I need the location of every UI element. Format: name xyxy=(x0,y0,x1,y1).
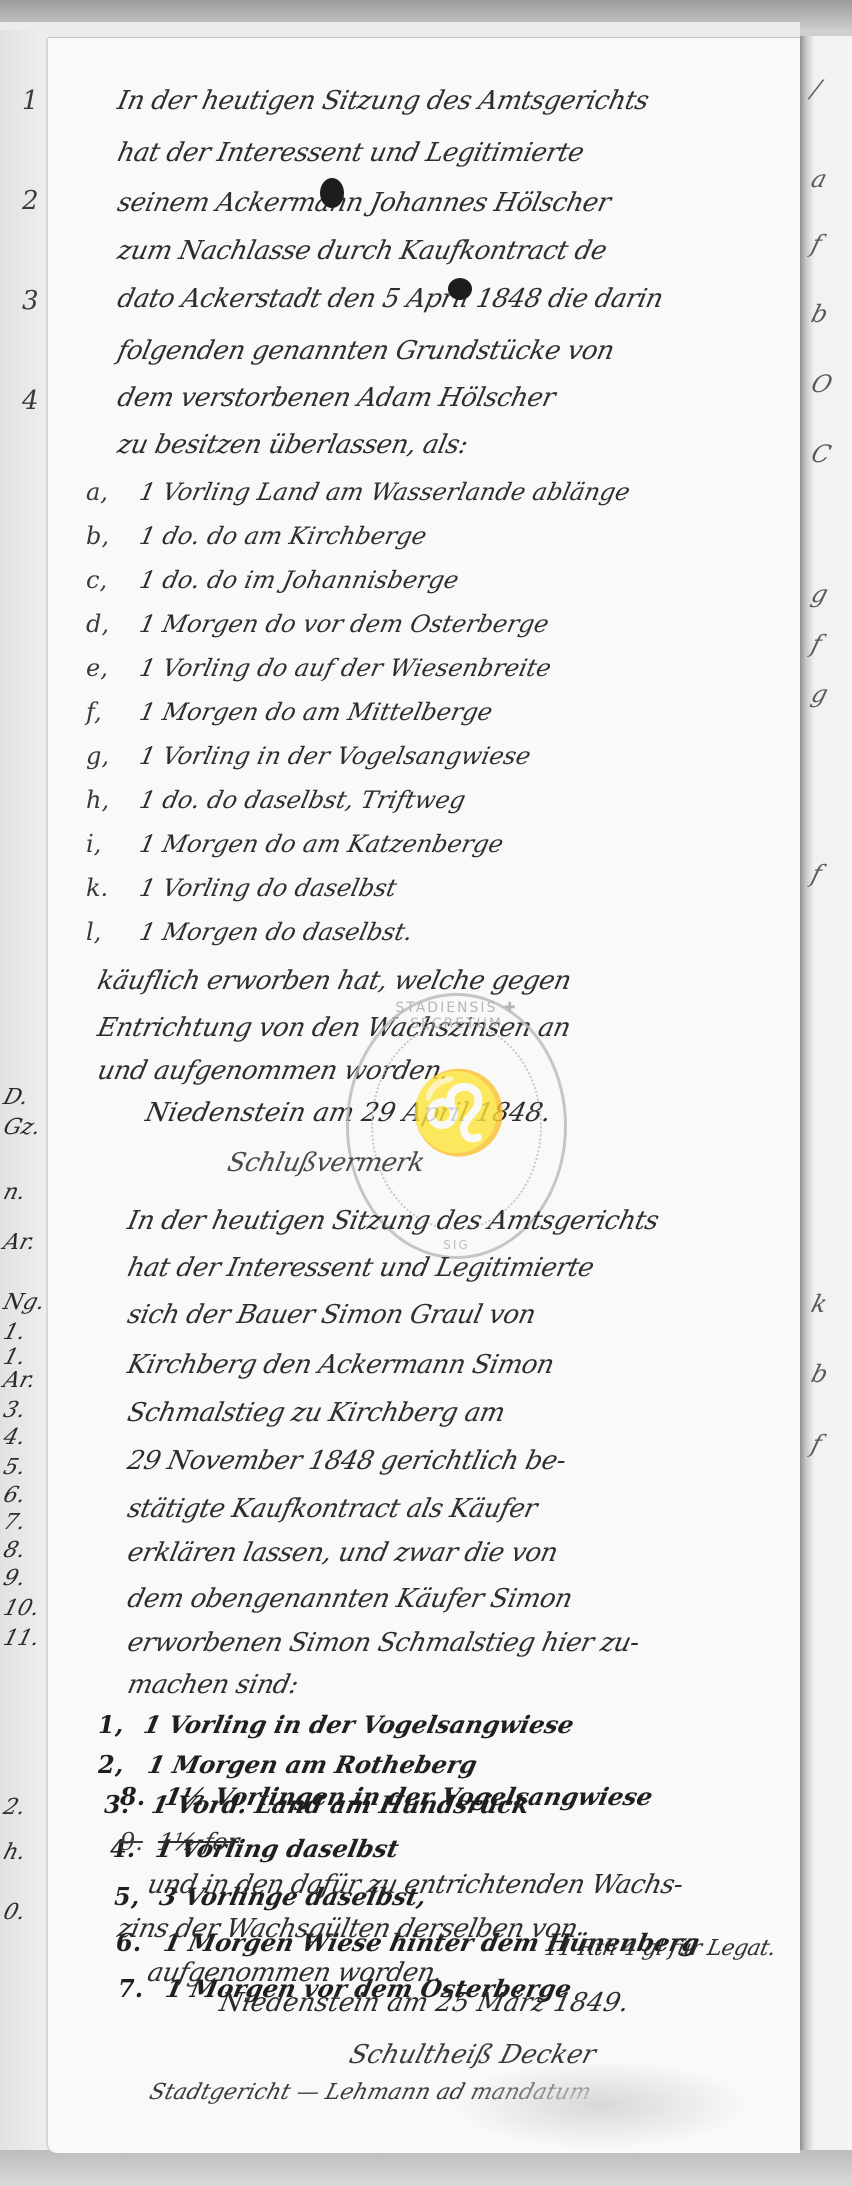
item-number: 1, xyxy=(98,1710,123,1739)
facing-page-edge xyxy=(800,36,852,2176)
text-line: zu besitzen überlassen, als: xyxy=(115,430,471,460)
parcel-item-struck: 1½ for xyxy=(155,1828,242,1856)
text-line: In der heutigen Sitzung des Amtsgerichts xyxy=(115,86,651,116)
text-line: aufgenommen worden. xyxy=(145,1958,445,1988)
text-line: machen sind: xyxy=(125,1670,301,1700)
parcel-item: 1 Morgen do daselbst. xyxy=(137,918,415,946)
seal-legend-bottom: SIG xyxy=(349,1238,564,1252)
item-letter: l, xyxy=(86,918,101,946)
text-line: dato Ackerstadt den 5 April 1848 die dar… xyxy=(115,284,666,314)
text-line: Kirchberg den Ackermann Simon xyxy=(125,1350,557,1380)
item-number: 7. xyxy=(118,1974,143,2003)
parcel-item: 1 do. do am Kirchberge xyxy=(137,522,429,550)
item-number: 8. xyxy=(120,1782,145,1811)
text-line: erworbenen Simon Schmalstieg hier zu- xyxy=(125,1628,642,1658)
margin-number: 1 xyxy=(22,86,39,116)
scanner-bottom-shadow xyxy=(0,2150,852,2186)
parcel-item: 1 Morgen do am Katzenberge xyxy=(137,830,506,858)
margin-note: Ng. xyxy=(1,1290,48,1315)
item-letter: a, xyxy=(86,478,108,506)
item-number: 5, xyxy=(114,1882,139,1911)
text-line: sich der Bauer Simon Graul von xyxy=(125,1300,538,1330)
item-letter: c, xyxy=(86,566,107,594)
text-line: 29 November 1848 gerichtlich be- xyxy=(125,1446,569,1476)
item-number: 2, xyxy=(98,1750,123,1779)
text-line: zum Nachlasse durch Kaufkontract de xyxy=(115,236,609,266)
margin-note: 11. xyxy=(1,1626,43,1651)
water-stain xyxy=(450,2060,750,2150)
parcel-item: 1 Morgen do vor dem Osterberge xyxy=(137,610,551,638)
margin-number: 3 xyxy=(22,286,39,316)
text-line: erklären lassen, und zwar die von xyxy=(125,1538,561,1568)
text-line: dem obengenannten Käufer Simon xyxy=(125,1584,575,1614)
parcel-item: 1 do. do daselbst, Triftweg xyxy=(137,786,468,814)
parcel-item: 1 do. do im Johannisberge xyxy=(137,566,461,594)
parcel-item: 1 Vorling do auf der Wiesenbreite xyxy=(137,654,554,682)
text-line: hat der Interessent und Legitimierte xyxy=(115,138,587,168)
item-letter: k. xyxy=(86,874,108,902)
item-letter: i, xyxy=(86,830,101,858)
text-line: zins der Wachsgülten derselben von xyxy=(115,1914,580,1944)
ink-blot xyxy=(320,178,344,208)
parcel-item: 1 Morgen do am Mittelberge xyxy=(137,698,495,726)
entry-date: Niedenstein am 25 März 1849. xyxy=(217,1988,632,2018)
item-letter: b, xyxy=(86,522,109,550)
item-letter: g, xyxy=(86,742,109,770)
margin-number: 2 xyxy=(22,186,39,216)
parcel-item: 1 Vorling do daselbst xyxy=(137,874,399,902)
lion-emblem-icon: ♌ xyxy=(409,1066,509,1160)
item-number-struck: 9. xyxy=(120,1828,143,1856)
text-line: folgenden genannten Grundstücke von xyxy=(115,336,617,366)
item-letter: h, xyxy=(86,786,109,814)
margin-note: 10. xyxy=(1,1596,43,1621)
text-line: seinem Ackermann Johannes Hölscher xyxy=(115,188,613,218)
seal-legend: STADIENSIS ✚ SECRETUM xyxy=(349,1000,564,1032)
text-line: und in den dafür zu entrichtenden Wachs- xyxy=(145,1870,686,1900)
item-letter: d, xyxy=(86,610,109,638)
parcel-item: 1½ Vorlingen in der Vogelsangwiese xyxy=(162,1782,656,1811)
text-line: In der heutigen Sitzung des Amtsgerichts xyxy=(125,1206,661,1236)
parcel-item: 1 Vorling Land am Wasserlande ablänge xyxy=(137,478,633,506)
text-line: Schmalstieg zu Kirchberg am xyxy=(125,1398,508,1428)
ink-blot xyxy=(448,278,472,300)
fee-note: 11 Rth 4 gl für Legat. xyxy=(542,1936,777,1961)
text-line: hat der Interessent und Legitimierte xyxy=(125,1253,597,1283)
margin-number: 4 xyxy=(22,386,39,416)
parcel-item: 1 Morgen am Rotheberg xyxy=(145,1750,480,1779)
item-letter: e, xyxy=(86,654,108,682)
parcel-item: 1 Vorling in der Vogelsangwiese xyxy=(137,742,533,770)
item-letter: f, xyxy=(86,698,102,726)
text-line: stätigte Kaufkontract als Käufer xyxy=(125,1494,540,1524)
text-line: dem verstorbenen Adam Hölscher xyxy=(115,383,558,413)
text-line: käuflich erworben hat, welche gegen xyxy=(95,966,574,996)
margin-note: Gz. xyxy=(1,1115,44,1140)
parcel-item: 1 Vorling in der Vogelsangwiese xyxy=(141,1710,577,1739)
entry-heading: Schlußvermerk xyxy=(225,1148,427,1178)
